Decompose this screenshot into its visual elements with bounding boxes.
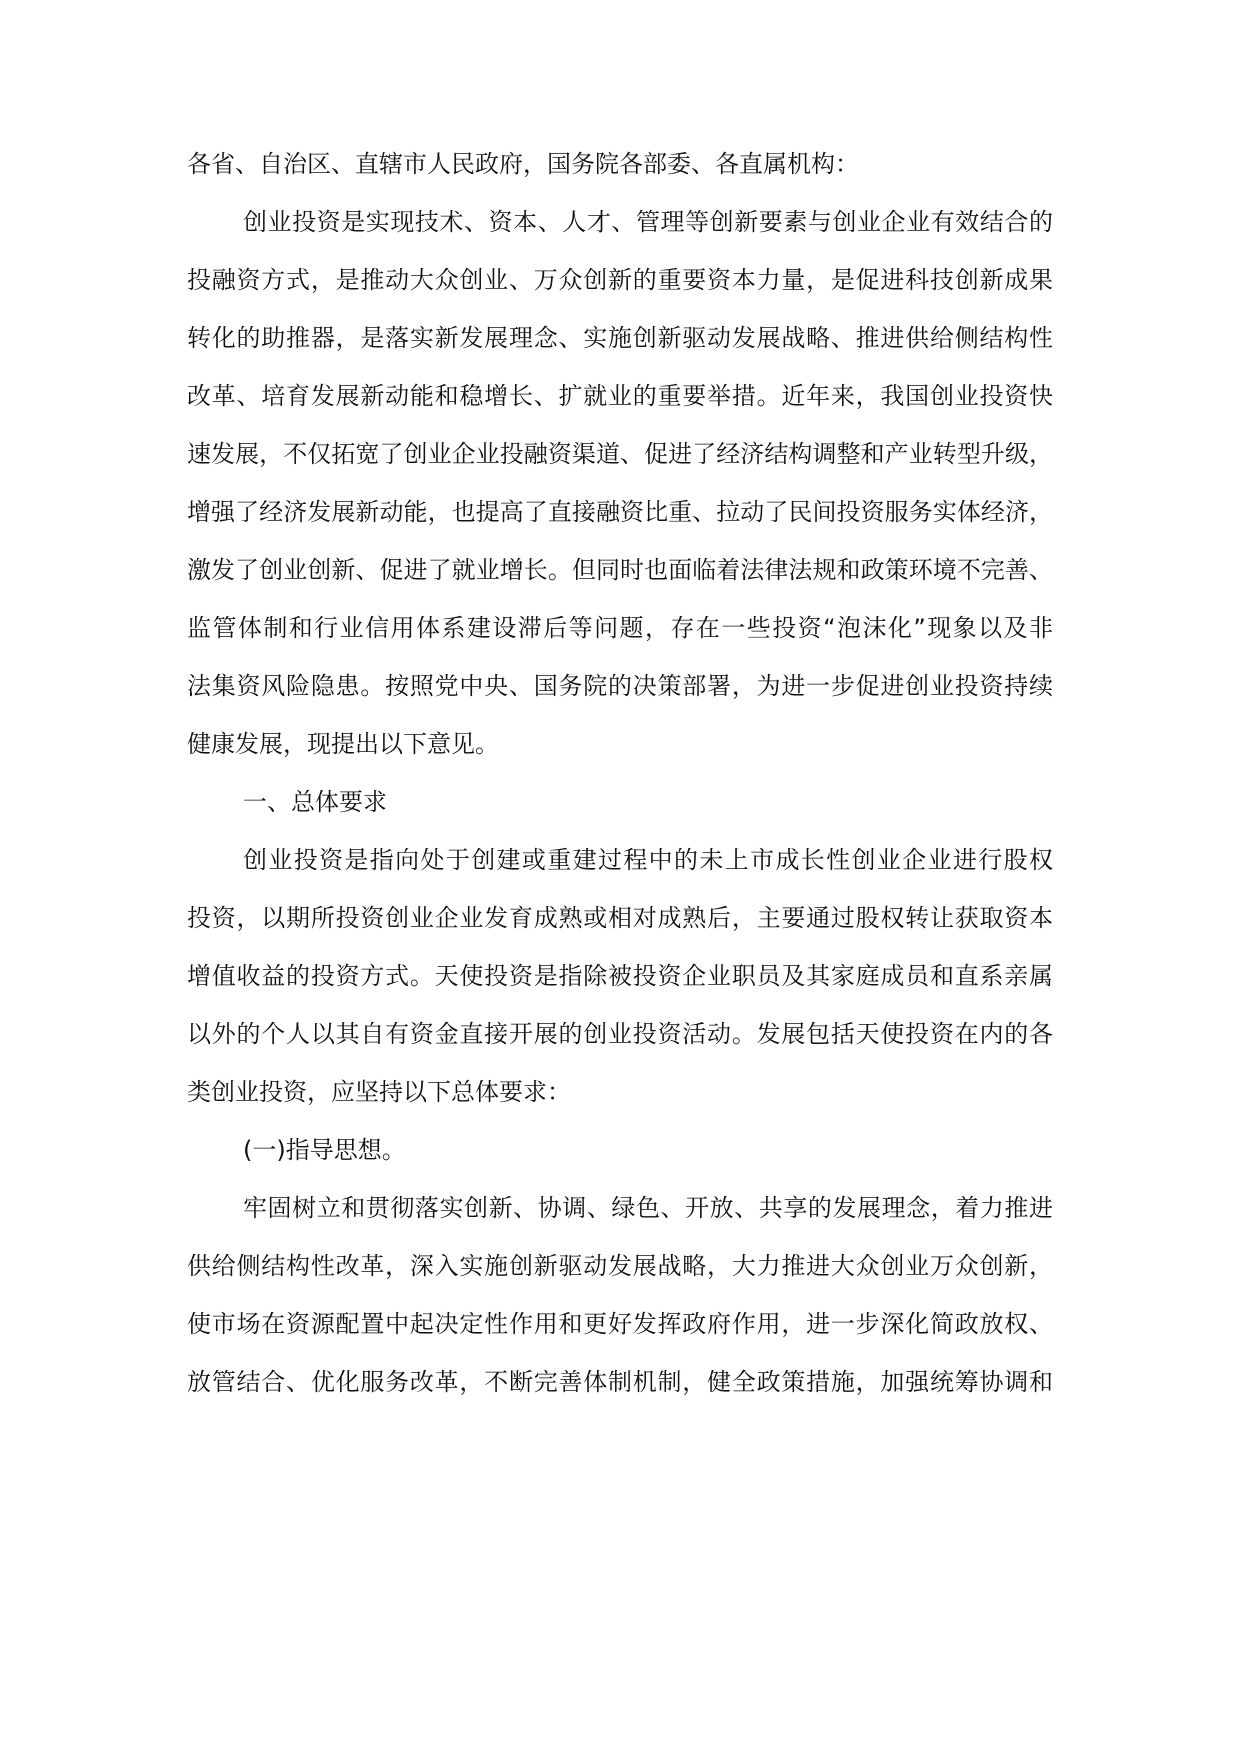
section-heading: 一、总体要求 [243,782,1053,822]
paragraph-line: 投资，以期所投资创业企业发育成熟或相对成熟后，主要通过股权转让获取资本 [187,898,1053,938]
paragraph-line: 监管体制和行业信用体系建设滞后等问题，存在一些投资“泡沫化”现象以及非 [187,608,1053,648]
salutation-line: 各省、自治区、直辖市人民政府，国务院各部委、各直属机构： [187,144,1053,184]
paragraph-line: 投融资方式，是推动大众创业、万众创新的重要资本力量，是促进科技创新成果 [187,260,1053,300]
paragraph-line: 增值收益的投资方式。天使投资是指除被投资企业职员及其家庭成员和直系亲属 [187,956,1053,996]
paragraph-line: 增强了经济发展新动能，也提高了直接融资比重、拉动了民间投资服务实体经济， [187,492,1053,532]
subsection-heading: (一)指导思想。 [243,1130,1053,1170]
paragraph-line: 创业投资是指向处于创建或重建过程中的未上市成长性创业企业进行股权 [243,840,1053,880]
paragraph-line: 激发了创业创新、促进了就业增长。但同时也面临着法律法规和政策环境不完善、 [187,550,1053,590]
paragraph-line: 法集资风险隐患。按照党中央、国务院的决策部署，为进一步促进创业投资持续 [187,666,1053,706]
paragraph-line: 速发展，不仅拓宽了创业企业投融资渠道、促进了经济结构调整和产业转型升级， [187,434,1053,474]
paragraph-line: 创业投资是实现技术、资本、人才、管理等创新要素与创业企业有效结合的 [243,202,1053,242]
paragraph-line: 以外的个人以其自有资金直接开展的创业投资活动。发展包括天使投资在内的各 [187,1014,1053,1054]
paragraph-line: 使市场在资源配置中起决定性作用和更好发挥政府作用，进一步深化简政放权、 [187,1304,1053,1344]
paragraph-line: 供给侧结构性改革，深入实施创新驱动发展战略，大力推进大众创业万众创新， [187,1246,1053,1286]
paragraph-line: 类创业投资，应坚持以下总体要求： [187,1072,1053,1112]
document-page: 各省、自治区、直辖市人民政府，国务院各部委、各直属机构： 创业投资是实现技术、资… [0,0,1241,1754]
paragraph-line: 转化的助推器，是落实新发展理念、实施创新驱动发展战略、推进供给侧结构性 [187,318,1053,358]
paragraph-line: 改革、培育发展新动能和稳增长、扩就业的重要举措。近年来，我国创业投资快 [187,376,1053,416]
paragraph-line: 健康发展，现提出以下意见。 [187,724,1053,764]
paragraph-line: 放管结合、优化服务改革，不断完善体制机制，健全政策措施，加强统筹协调和 [187,1362,1053,1402]
paragraph-line: 牢固树立和贯彻落实创新、协调、绿色、开放、共享的发展理念，着力推进 [243,1188,1053,1228]
